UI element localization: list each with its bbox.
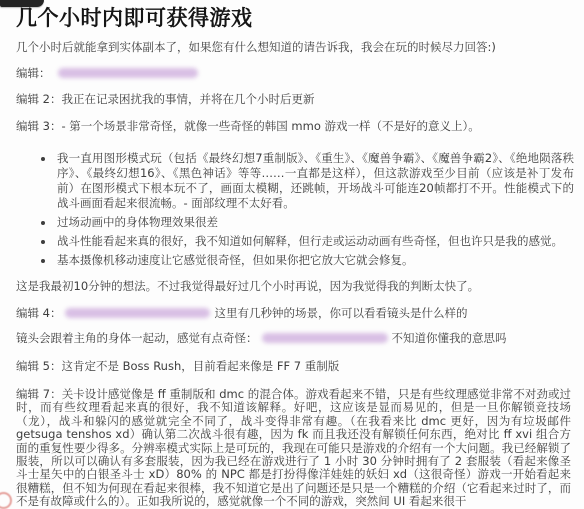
edit1-label: 编辑： [16,66,51,80]
list-item: 基本摄像机移动速度让它感觉很奇怪，但如果你把它放大它就会修复。 [0,253,574,268]
edit5-paragraph: 编辑 5：这肯定不是 Boss Rush，目前看起来像是 FF 7 重制版 [16,359,570,374]
edit1-paragraph: 编辑： [16,66,570,81]
edit4-text: 这里有几秒钟的场景，你可以看看镜头是什么样的 [214,306,467,320]
redacted-link-1[interactable] [58,68,198,78]
redacted-link-2[interactable] [65,308,210,318]
post-title: 几个小时内即可获得游戏 [16,5,574,31]
observations-list: 我一直用图形模式玩（包括《最终幻想7重制版》、《重生》、《魔兽争霸》、《魔兽争霸… [0,151,574,272]
edit3-paragraph: 编辑 3：- 第一个场景非常奇怪，就像一些奇怪的韩国 mmo 游戏一样（不是好的… [16,119,570,134]
post-page: 几个小时内即可获得游戏 几个小时后就能拿到实体副本了，如果您有什么想知道的请告诉… [0,0,584,509]
edit4-paragraph: 编辑 4：这里有几秒钟的场景，你可以看看镜头是什么样的 [16,306,570,321]
list-item: 战斗性能看起来真的很好，我不知道如何解释，但行走或运动动画有些奇怪，但也许只是我… [0,234,574,249]
post-article: 几个小时内即可获得游戏 几个小时后就能拿到实体副本了，如果您有什么想知道的请告诉… [0,0,584,509]
redacted-link-3[interactable] [262,333,388,343]
list-item: 我一直用图形模式玩（包括《最终幻想7重制版》、《重生》、《魔兽争霸》、《魔兽争霸… [0,151,574,211]
camera-text-before: 镜头会跟着主角的身体一起动，感觉有点奇怪： [16,331,258,345]
list-item: 过场动画中的身体物理效果很差 [0,215,574,230]
thoughts-paragraph: 这是我最初10分钟的想法。不过我觉得最好过几个小时再说，因为我觉得我的判断太快了… [16,279,570,294]
edit7-paragraph: 编辑 7：关卡设计感觉像是 ff 重制版和 dmc 的混合体。游戏看起来不错，只… [16,388,571,509]
intro-paragraph: 几个小时后就能拿到实体副本了，如果您有什么想知道的请告诉我，我会在玩的时候尽力回… [16,40,570,55]
edit4-label: 编辑 4： [16,306,61,320]
camera-text-after: 不知道你懂我的意思吗 [392,331,507,345]
camera-paragraph: 镜头会跟着主角的身体一起动，感觉有点奇怪：不知道你懂我的意思吗 [16,331,570,346]
edit2-paragraph: 编辑 2：我正在记录困扰我的事情，并将在几个小时后更新 [16,92,570,107]
